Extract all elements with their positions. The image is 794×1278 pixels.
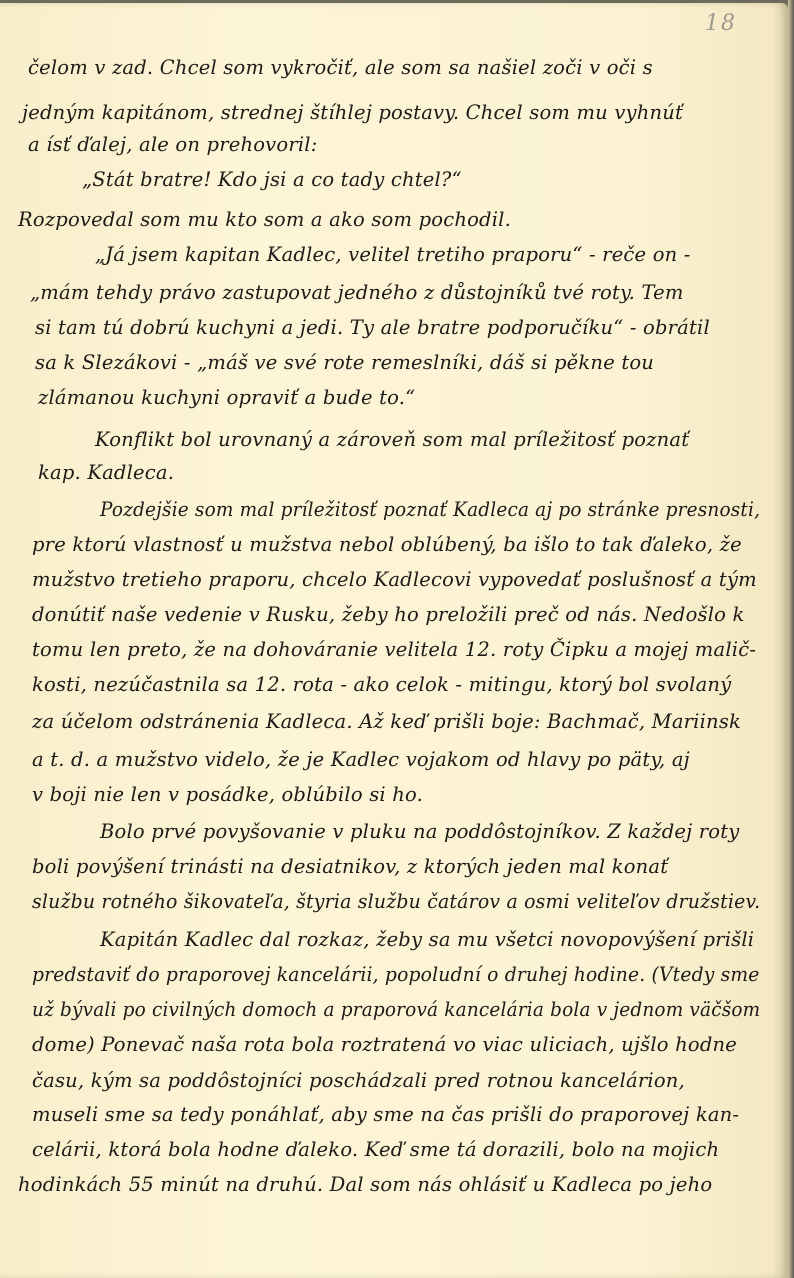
text-line: kosti, nezúčastnila sa 12. rota - ako ce… [32,673,731,696]
text-line: mužstvo tretieho praporu, chcelo Kadleco… [32,568,757,591]
text-line: museli sme sa tedy ponáhlať, aby sme na … [32,1103,739,1126]
text-line: si tam tú dobrú kuchyni a jedi. Ty ale b… [35,316,710,339]
page-number: 18 [705,11,737,36]
text-line: za účelom odstránenia Kadleca. Až keď pr… [32,710,741,733]
text-line: službu rotného šikovateľa, štyria službu… [32,890,760,913]
text-line: času, kým sa poddôstojníci poschádzali p… [32,1069,685,1092]
text-line: tomu len preto, že na dohováranie velite… [32,638,756,661]
text-line: pre ktorú vlastnosť u mužstva nebol oblú… [32,533,742,556]
text-line: donútiť naše vedenie v Rusku, žeby ho pr… [32,603,745,626]
text-line: Pozdejšie som mal príležitosť poznať Kad… [100,498,760,521]
text-line: Konflikt bol urovnaný a zároveň som mal … [95,428,689,451]
text-line: Kapitán Kadlec dal rozkaz, žeby sa mu vš… [100,928,754,951]
text-line: boli povýšení trinásti na desiatnikov, z… [32,855,668,878]
text-line: zlámanou kuchyni opraviť a bude to.“ [38,386,415,409]
manuscript-page: 18 čelom v zad. Chcel som vykročiť, ale … [0,3,788,1278]
text-line: v boji nie len v posádke, oblúbilo si ho… [32,783,423,806]
text-line: hodinkách 55 minút na druhú. Dal som nás… [18,1173,712,1196]
text-line: už bývali po civilných domoch a praporov… [32,998,760,1021]
text-line: čelom v zad. Chcel som vykročiť, ale som… [28,56,653,79]
text-line: a t. d. a mužstvo videlo, že je Kadlec v… [32,748,690,771]
text-line: „Stát bratre! Kdo jsi a co tady chtel?“ [82,168,462,191]
text-line: a ísť ďalej, ale on prehovoril: [28,133,318,156]
text-line: celárii, ktorá bola hodne ďaleko. Keď sm… [32,1138,719,1161]
text-line: dome) Ponevač naša rota bola roztratená … [32,1033,737,1056]
text-line: Rozpovedal som mu kto som a ako som poch… [18,208,511,231]
text-line: predstaviť do praporovej kancelárii, pop… [32,963,760,986]
text-line: Bolo prvé povyšovanie v pluku na poddôst… [100,820,740,843]
page-edge [788,0,794,1278]
text-line: „mám tehdy právo zastupovat jedného z dů… [30,281,684,304]
text-line: sa k Slezákovi - „máš ve své rote remesl… [35,351,654,374]
text-line: kap. Kadleca. [38,461,174,484]
text-line: jedným kapitánom, strednej štíhlej posta… [22,101,683,124]
text-line: „Já jsem kapitan Kadlec, velitel tretiho… [95,243,691,266]
